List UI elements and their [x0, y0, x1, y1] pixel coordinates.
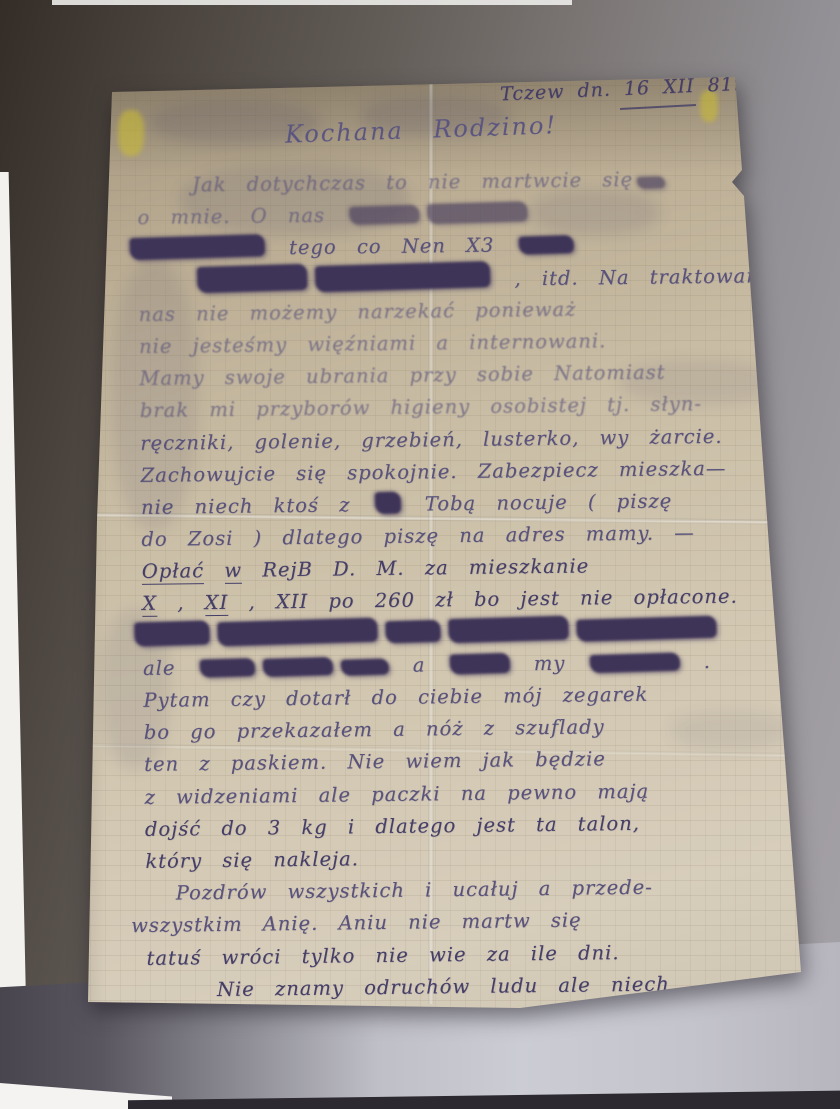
letter-text-segment: X: [142, 592, 157, 617]
letter-text-segment: nas nie możemy narzekać ponieważ: [139, 297, 577, 325]
letter-text-segment: ale: [143, 656, 196, 680]
letter-text-segment: , XII po 260 zł bo jest nie opłacone.: [228, 585, 738, 614]
letter-line: Nie znamy odruchów ludu ale niech: [217, 967, 787, 1006]
letter-text-segment: ten z paskiem. Nie wiem jak będzie: [144, 748, 606, 777]
letter-paper: Tczew dn. 16 XII 81r. Kochana Rodzino! J…: [60, 70, 820, 1020]
letter-text-segment: a: [392, 653, 445, 677]
letter-text-segment: Zachowujcie się spokojnie. Zabezpiecz mi…: [140, 456, 726, 486]
censored-text: [197, 263, 308, 292]
letter-text-segment: Nie znamy odruchów ludu ale niech: [217, 972, 670, 1001]
censored-text: [374, 491, 401, 514]
letter-text-segment: o mnie. O nas: [137, 204, 345, 230]
censored-text: [449, 653, 510, 675]
tape-residue: [118, 110, 144, 156]
letter-text-segment: wszystkim Anię. Aniu nie martw się: [131, 909, 582, 938]
letter-lines: Jak dotychczas to nie martwcie sięo mnie…: [137, 162, 787, 1007]
censored-text: [589, 652, 679, 673]
letter-text-segment: z widzeniami ale paczki na pewno mają: [144, 779, 649, 808]
censored-text: [427, 201, 528, 224]
letter-text-segment: Jak dotychczas to nie martwcie się: [192, 168, 633, 196]
censored-text: [518, 236, 574, 256]
letter-text-segment: [204, 559, 224, 582]
letter-text-segment: dojść do 3 kg i dlatego jest ta talon,: [145, 812, 640, 841]
letter-text-segment: bo go przekazałem a nóż z szuflady: [144, 715, 605, 744]
letter-text-segment: Tobą nocuje ( piszę: [404, 489, 672, 515]
censored-text: [199, 658, 255, 678]
letter-text-segment: do Zosi ) dlatego piszę na adres mamy. —: [141, 521, 695, 551]
date-underline: [620, 104, 696, 110]
letter-text-segment: my: [513, 651, 585, 675]
letter-salutation: Kochana Rodzino!: [285, 111, 558, 148]
censored-text: [385, 619, 441, 643]
letter-text-segment: tatuś wróci tylko nie wie za ile dni.: [146, 941, 619, 970]
letter-text-segment: ręczniki, golenie, grzebień, lusterko, w…: [140, 424, 723, 454]
letter-text-segment: nie jesteśmy więźniami a internowani.: [139, 329, 606, 358]
photo-of-handwritten-letter: Tczew dn. 16 XII 81r. Kochana Rodzino! J…: [0, 0, 840, 1109]
censored-text: [349, 205, 420, 225]
letter-text-segment: Mamy swoje ubrania przy sobie Natomiast: [139, 361, 665, 390]
letter-text-segment: w: [224, 559, 242, 584]
censored-text: [448, 615, 569, 643]
censored-text: [217, 617, 378, 646]
censored-text: [262, 657, 333, 677]
letter-text-segment: nie niech ktoś z: [141, 493, 371, 519]
censored-text: [134, 620, 210, 646]
paper-sheet: Tczew dn. 16 XII 81r. Kochana Rodzino! J…: [60, 70, 820, 1020]
letter-text-segment: .: [683, 650, 711, 673]
censored-text: [576, 615, 717, 641]
censored-text: [130, 235, 266, 261]
photo-edge-sliver: [52, 0, 572, 5]
censored-text: [637, 176, 665, 189]
letter-text-segment: ,: [157, 592, 205, 616]
censored-text: [315, 261, 491, 292]
letter-text-segment: , itd. Na traktowanie: [494, 264, 780, 290]
censored-text: [340, 658, 388, 675]
letter-text-segment: tego co Nen X3: [269, 234, 515, 260]
background-white-strip: [0, 172, 27, 1060]
letter-text-segment: Pytam czy dotarł do ciebie mój zegarek: [143, 683, 648, 712]
letter-text-segment: Pozdrów wszystkich i ucałuj a przede-: [176, 876, 653, 905]
letter-text-segment: brak mi przyborów higieny osobistej tj. …: [140, 392, 702, 422]
letter-text-segment: RejB D. M. za mieszkanie: [242, 555, 589, 582]
letter-text-segment: XI: [205, 591, 229, 616]
letter-text-segment: Opłać: [142, 559, 205, 585]
letter-text-segment: który się nakleja.: [145, 847, 359, 873]
